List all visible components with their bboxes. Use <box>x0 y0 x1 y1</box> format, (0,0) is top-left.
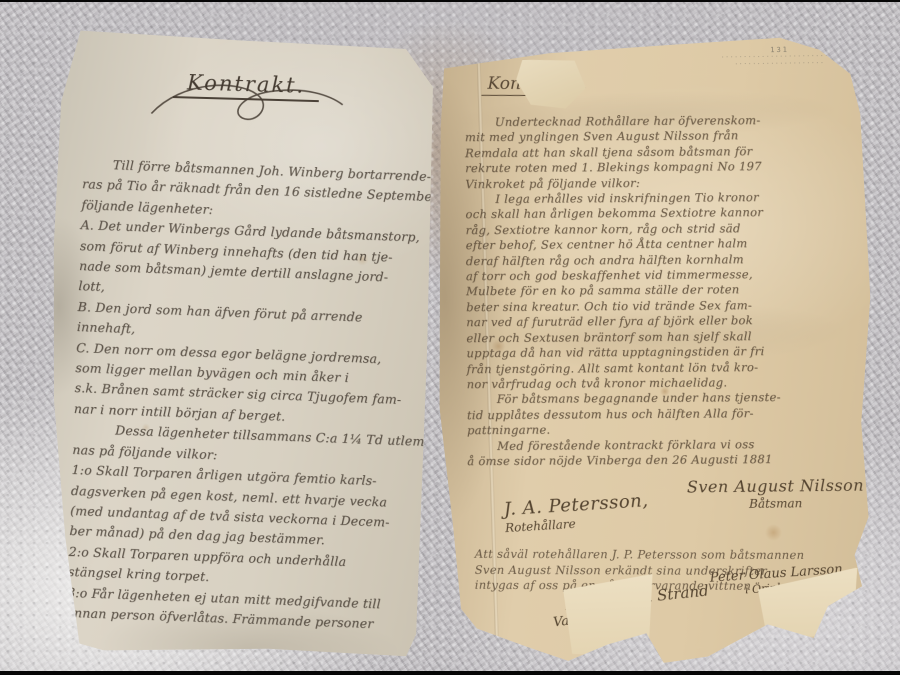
photo-stage: Kontrakt. Till förre båtsmannen Joh. Win… <box>0 0 900 675</box>
handwritten-line: Att såväl rotehållaren J. P. Petersson s… <box>475 547 875 564</box>
handwritten-line: å ömse sidor nöjde Vinberga den 26 Augus… <box>467 451 857 469</box>
cloth-background: Kontrakt. Till förre båtsmannen Joh. Win… <box>0 2 900 671</box>
left-document: Kontrakt. Till förre båtsmannen Joh. Win… <box>41 27 436 659</box>
letterbox-bar-top <box>0 0 900 2</box>
left-document-body: Till förre båtsmannen Joh. Winberg borta… <box>66 154 419 635</box>
right-document: Kontrakt 131 ·························· … <box>428 33 882 674</box>
signature-batsman: Sven August Nilsson Båtsman <box>687 476 864 512</box>
letterbox-bar-bottom <box>0 671 900 675</box>
right-document-body: Undertecknad Rothållare har öfverenskom-… <box>465 112 857 469</box>
signature-name: Sven August Nilsson <box>687 476 864 497</box>
calligraphic-flourish-icon <box>146 77 347 129</box>
signature-title: Båtsman <box>687 496 864 512</box>
